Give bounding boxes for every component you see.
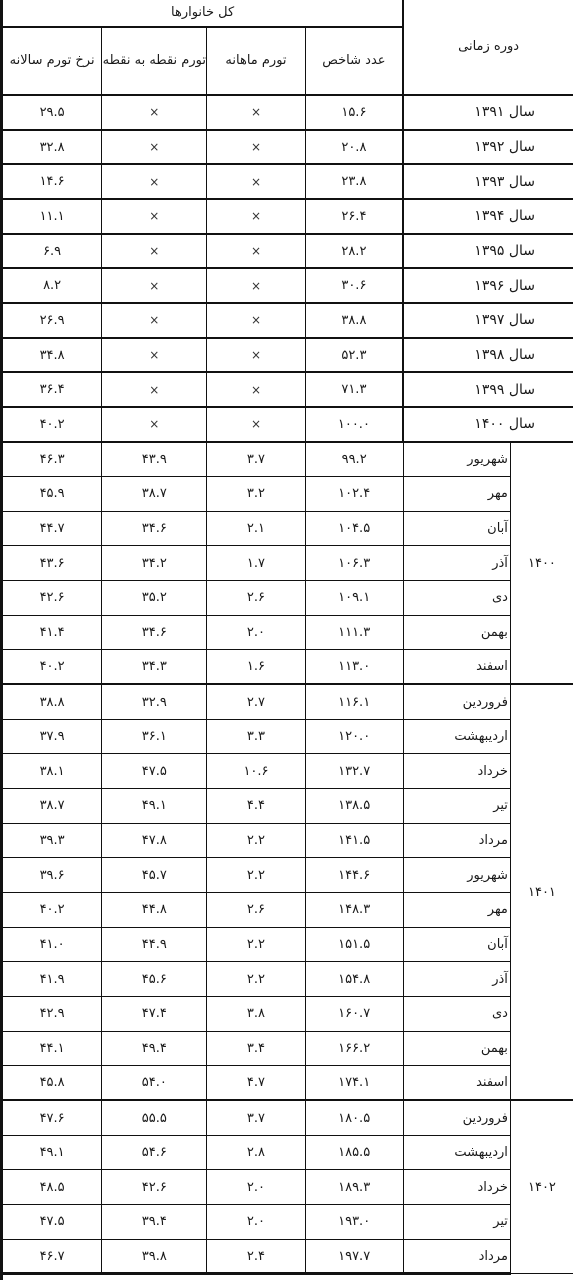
annual-cell: ۳۶.۴	[3, 372, 102, 407]
point-cell: ۴۳.۹	[102, 442, 207, 477]
month-cell: مرداد	[403, 1239, 510, 1274]
index-cell: ۱۰۶.۳	[305, 546, 403, 581]
annual-cell: ۲۶.۹	[3, 303, 102, 338]
point-cell: ۵۵.۵	[102, 1100, 207, 1135]
period-cell: سال ۱۳۹۹	[403, 372, 573, 407]
month-cell: خرداد	[403, 1170, 510, 1205]
table-row-year: سال ۱۴۰۰۱۰۰.۰××۴۰.۲	[3, 407, 573, 442]
period-cell: سال ۱۳۹۲	[403, 130, 573, 165]
period-cell: سال ۱۳۹۵	[403, 234, 573, 269]
annual-cell: ۴۱.۰	[3, 927, 102, 962]
monthly-cell: ۲.۱	[207, 511, 305, 546]
monthly-cell: ۲.۰	[207, 1170, 305, 1205]
month-cell: آبان	[403, 927, 510, 962]
index-cell: ۱۵۱.۵	[305, 927, 403, 962]
monthly-cell: ۲.۰	[207, 1205, 305, 1240]
monthly-cell: ×	[207, 303, 305, 338]
monthly-cell: ۲.۲	[207, 858, 305, 893]
period-cell: سال ۱۳۹۸	[403, 338, 573, 373]
annual-cell: ۳۸.۱	[3, 754, 102, 789]
header-index: عدد شاخص	[305, 27, 403, 95]
point-cell: ۳۴.۶	[102, 615, 207, 650]
table-row-month: اردیبهشت۱۲۰.۰۳.۳۳۶.۱۳۷.۹	[3, 719, 573, 754]
annual-cell: ۴۷.۶	[3, 1100, 102, 1135]
table-row-month: آبان۱۰۴.۵۲.۱۳۴.۶۴۴.۷	[3, 511, 573, 546]
index-cell: ۱۱۱.۳	[305, 615, 403, 650]
point-cell: ۴۷.۴	[102, 996, 207, 1031]
point-cell: ×	[102, 164, 207, 199]
annual-cell: ۴۹.۱	[3, 1135, 102, 1170]
index-cell: ۱۲۰.۰	[305, 719, 403, 754]
annual-cell: ۴۰.۲	[3, 407, 102, 442]
point-cell: ۴۹.۱	[102, 788, 207, 823]
annual-cell: ۴۵.۸	[3, 1066, 102, 1101]
table-row-year: سال ۱۳۹۲۲۰.۸××۳۲.۸	[3, 130, 573, 165]
point-cell: ×	[102, 130, 207, 165]
point-cell: ×	[102, 303, 207, 338]
monthly-cell: ۲.۷	[207, 684, 305, 719]
table-row-month: اردیبهشت۱۸۵.۵۲.۸۵۴.۶۴۹.۱	[3, 1135, 573, 1170]
index-cell: ۱۴۱.۵	[305, 823, 403, 858]
monthly-cell: ×	[207, 95, 305, 130]
period-cell: سال ۱۳۹۱	[403, 95, 573, 130]
point-cell: ۵۴.۶	[102, 1135, 207, 1170]
point-cell: ۴۵.۷	[102, 858, 207, 893]
annual-cell: ۳۲.۸	[3, 130, 102, 165]
table-row-month: خرداد۱۸۹.۳۲.۰۴۲.۶۴۸.۵	[3, 1170, 573, 1205]
index-cell: ۱۳۸.۵	[305, 788, 403, 823]
index-cell: ۱۱۶.۱	[305, 684, 403, 719]
index-cell: ۱۷۴.۱	[305, 1066, 403, 1101]
monthly-cell: ۳.۲	[207, 476, 305, 511]
monthly-cell: ۲.۴	[207, 1239, 305, 1274]
point-cell: ۴۹.۴	[102, 1031, 207, 1066]
annual-cell: ۴۴.۱	[3, 1031, 102, 1066]
index-cell: ۱۰۹.۱	[305, 580, 403, 615]
header-point: تورم نقطه به نقطه	[102, 27, 207, 95]
index-cell: ۱۵.۶	[305, 95, 403, 130]
month-cell: مهر	[403, 892, 510, 927]
monthly-cell: ×	[207, 164, 305, 199]
header-period: دوره زمانی	[403, 0, 573, 95]
year-group-cell: ۱۴۰۱	[510, 684, 573, 1100]
point-cell: ×	[102, 338, 207, 373]
annual-cell: ۴۲.۶	[3, 580, 102, 615]
point-cell: ۴۴.۸	[102, 892, 207, 927]
monthly-cell: ۳.۳	[207, 719, 305, 754]
index-cell: ۱۵۴.۸	[305, 962, 403, 997]
point-cell: ۳۴.۶	[102, 511, 207, 546]
annual-cell: ۳۸.۷	[3, 788, 102, 823]
point-cell: ۳۹.۸	[102, 1239, 207, 1274]
index-cell: ۳۸.۸	[305, 303, 403, 338]
inflation-table: دوره زمانی کل خانوارها عدد شاخص تورم ماه…	[2, 0, 573, 1275]
table-row-month: آبان۱۵۱.۵۲.۲۴۴.۹۴۱.۰	[3, 927, 573, 962]
month-cell: آذر	[403, 962, 510, 997]
point-cell: ۴۴.۹	[102, 927, 207, 962]
table-row-year: سال ۱۳۹۴۲۶.۴××۱۱.۱	[3, 199, 573, 234]
point-cell: ×	[102, 407, 207, 442]
table-row-month: آذر۱۰۶.۳۱.۷۳۴.۲۴۳.۶	[3, 546, 573, 581]
table-row-month: ۱۴۰۰شهریور۹۹.۲۳.۷۴۳.۹۴۶.۳	[3, 442, 573, 477]
inflation-table-page: دوره زمانی کل خانوارها عدد شاخص تورم ماه…	[0, 0, 573, 1280]
annual-cell: ۴۰.۲	[3, 892, 102, 927]
header-monthly: تورم ماهانه	[207, 27, 305, 95]
annual-cell: ۴۱.۴	[3, 615, 102, 650]
annual-cell: ۳۷.۹	[3, 719, 102, 754]
point-cell: ۳۴.۲	[102, 546, 207, 581]
point-cell: ۵۴.۰	[102, 1066, 207, 1101]
monthly-cell: ۱.۷	[207, 546, 305, 581]
point-cell: ×	[102, 199, 207, 234]
table-row-month: خرداد۱۳۲.۷۱۰.۶۴۷.۵۳۸.۱	[3, 754, 573, 789]
month-cell: تیر	[403, 1205, 510, 1240]
monthly-cell: ۲.۶	[207, 892, 305, 927]
month-cell: دی	[403, 580, 510, 615]
monthly-cell: ×	[207, 338, 305, 373]
month-cell: شهریور	[403, 858, 510, 893]
table-row-year: سال ۱۳۹۳۲۳.۸××۱۴.۶	[3, 164, 573, 199]
period-cell: سال ۱۴۰۰	[403, 407, 573, 442]
annual-cell: ۴۸.۵	[3, 1170, 102, 1205]
index-cell: ۲۸.۲	[305, 234, 403, 269]
year-group-cell: ۱۴۰۲	[510, 1100, 573, 1273]
annual-cell: ۶.۹	[3, 234, 102, 269]
month-cell: دی	[403, 996, 510, 1031]
annual-cell: ۳۴.۸	[3, 338, 102, 373]
header-annual: نرخ تورم سالانه	[3, 27, 102, 95]
table-row-year: سال ۱۳۹۷۳۸.۸××۲۶.۹	[3, 303, 573, 338]
index-cell: ۷۱.۳	[305, 372, 403, 407]
index-cell: ۱۸۵.۵	[305, 1135, 403, 1170]
table-row-year: سال ۱۳۹۸۵۲.۳××۳۴.۸	[3, 338, 573, 373]
period-cell: سال ۱۳۹۷	[403, 303, 573, 338]
month-cell: آذر	[403, 546, 510, 581]
table-row-month: ۱۴۰۲فروردین۱۸۰.۵۳.۷۵۵.۵۴۷.۶	[3, 1100, 573, 1135]
point-cell: ۳۹.۴	[102, 1205, 207, 1240]
index-cell: ۱۰۴.۵	[305, 511, 403, 546]
annual-cell: ۳۹.۶	[3, 858, 102, 893]
monthly-cell: ۳.۸	[207, 996, 305, 1031]
table-row-month: بهمن۱۶۶.۲۳.۴۴۹.۴۴۴.۱	[3, 1031, 573, 1066]
index-cell: ۲۶.۴	[305, 199, 403, 234]
table-row-month: تیر۱۳۸.۵۴.۴۴۹.۱۳۸.۷	[3, 788, 573, 823]
table-row-year: سال ۱۳۹۹۷۱.۳××۳۶.۴	[3, 372, 573, 407]
point-cell: ×	[102, 372, 207, 407]
annual-cell: ۱۴.۶	[3, 164, 102, 199]
monthly-cell: ۳.۴	[207, 1031, 305, 1066]
annual-cell: ۴۰.۲	[3, 650, 102, 685]
point-cell: ×	[102, 234, 207, 269]
monthly-cell: ۱.۶	[207, 650, 305, 685]
table-row-month: آذر۱۵۴.۸۲.۲۴۵.۶۴۱.۹	[3, 962, 573, 997]
index-cell: ۱۰۲.۴	[305, 476, 403, 511]
table-row-year: سال ۱۳۹۶۳۰.۶××۸.۲	[3, 268, 573, 303]
index-cell: ۱۹۷.۷	[305, 1239, 403, 1274]
index-cell: ۱۶۶.۲	[305, 1031, 403, 1066]
month-cell: اسفند	[403, 650, 510, 685]
annual-cell: ۴۴.۷	[3, 511, 102, 546]
monthly-cell: ۳.۷	[207, 442, 305, 477]
month-cell: اردیبهشت	[403, 719, 510, 754]
month-cell: اسفند	[403, 1066, 510, 1101]
year-group-cell: ۱۴۰۰	[510, 442, 573, 685]
annual-cell: ۴۲.۹	[3, 996, 102, 1031]
index-cell: ۳۰.۶	[305, 268, 403, 303]
table-row-month: دی۱۰۹.۱۲.۶۳۵.۲۴۲.۶	[3, 580, 573, 615]
index-cell: ۱۸۹.۳	[305, 1170, 403, 1205]
header-row-group: دوره زمانی کل خانوارها	[3, 0, 573, 27]
table-row-month: شهریور۱۴۴.۶۲.۲۴۵.۷۳۹.۶	[3, 858, 573, 893]
period-cell: سال ۱۳۹۴	[403, 199, 573, 234]
monthly-cell: ۲.۸	[207, 1135, 305, 1170]
monthly-cell: ×	[207, 199, 305, 234]
month-cell: اردیبهشت	[403, 1135, 510, 1170]
period-cell: سال ۱۳۹۳	[403, 164, 573, 199]
annual-cell: ۱۱.۱	[3, 199, 102, 234]
point-cell: ۳۲.۹	[102, 684, 207, 719]
point-cell: ۳۴.۳	[102, 650, 207, 685]
index-cell: ۱۰۰.۰	[305, 407, 403, 442]
monthly-cell: ۱۰.۶	[207, 754, 305, 789]
table-row-month: دی۱۶۰.۷۳.۸۴۷.۴۴۲.۹	[3, 996, 573, 1031]
index-cell: ۵۲.۳	[305, 338, 403, 373]
index-cell: ۱۶۰.۷	[305, 996, 403, 1031]
index-cell: ۹۹.۲	[305, 442, 403, 477]
annual-cell: ۳۹.۳	[3, 823, 102, 858]
table-body: سال ۱۳۹۱۱۵.۶××۲۹.۵سال ۱۳۹۲۲۰.۸××۳۲.۸سال …	[3, 95, 573, 1274]
point-cell: ۴۵.۶	[102, 962, 207, 997]
month-cell: مرداد	[403, 823, 510, 858]
month-cell: مهر	[403, 476, 510, 511]
monthly-cell: ۲.۲	[207, 927, 305, 962]
table-row-month: بهمن۱۱۱.۳۲.۰۳۴.۶۴۱.۴	[3, 615, 573, 650]
annual-cell: ۲۹.۵	[3, 95, 102, 130]
index-cell: ۱۱۳.۰	[305, 650, 403, 685]
monthly-cell: ۲.۰	[207, 615, 305, 650]
table-row-month: ۱۴۰۱فروردین۱۱۶.۱۲.۷۳۲.۹۳۸.۸	[3, 684, 573, 719]
month-cell: شهریور	[403, 442, 510, 477]
month-cell: آبان	[403, 511, 510, 546]
point-cell: ۴۲.۶	[102, 1170, 207, 1205]
monthly-cell: ×	[207, 130, 305, 165]
month-cell: خرداد	[403, 754, 510, 789]
index-cell: ۱۸۰.۵	[305, 1100, 403, 1135]
month-cell: فروردین	[403, 1100, 510, 1135]
month-cell: تیر	[403, 788, 510, 823]
table-row-month: مرداد۱۴۱.۵۲.۲۴۷.۸۳۹.۳	[3, 823, 573, 858]
monthly-cell: ۲.۲	[207, 962, 305, 997]
point-cell: ۴۷.۵	[102, 754, 207, 789]
index-cell: ۱۹۳.۰	[305, 1205, 403, 1240]
point-cell: ۳۵.۲	[102, 580, 207, 615]
annual-cell: ۴۶.۳	[3, 442, 102, 477]
table-row-month: اسفند۱۷۴.۱۴.۷۵۴.۰۴۵.۸	[3, 1066, 573, 1101]
monthly-cell: ×	[207, 268, 305, 303]
annual-cell: ۴۶.۷	[3, 1239, 102, 1274]
point-cell: ۳۸.۷	[102, 476, 207, 511]
annual-cell: ۴۷.۵	[3, 1205, 102, 1240]
period-cell: سال ۱۳۹۶	[403, 268, 573, 303]
index-cell: ۲۰.۸	[305, 130, 403, 165]
annual-cell: ۴۳.۶	[3, 546, 102, 581]
monthly-cell: ۲.۶	[207, 580, 305, 615]
point-cell: ×	[102, 95, 207, 130]
table-row-year: سال ۱۳۹۵۲۸.۲××۶.۹	[3, 234, 573, 269]
index-cell: ۱۴۴.۶	[305, 858, 403, 893]
table-row-month: مهر۱۰۲.۴۳.۲۳۸.۷۴۵.۹	[3, 476, 573, 511]
month-cell: بهمن	[403, 615, 510, 650]
index-cell: ۱۳۲.۷	[305, 754, 403, 789]
point-cell: ×	[102, 268, 207, 303]
table-row-month: تیر۱۹۳.۰۲.۰۳۹.۴۴۷.۵	[3, 1205, 573, 1240]
table-row-month: مرداد۱۹۷.۷۲.۴۳۹.۸۴۶.۷	[3, 1239, 573, 1274]
annual-cell: ۳۸.۸	[3, 684, 102, 719]
header-all-households: کل خانوارها	[3, 0, 404, 27]
monthly-cell: ×	[207, 407, 305, 442]
table-row-month: مهر۱۴۸.۳۲.۶۴۴.۸۴۰.۲	[3, 892, 573, 927]
annual-cell: ۸.۲	[3, 268, 102, 303]
monthly-cell: ۲.۲	[207, 823, 305, 858]
table-row-year: سال ۱۳۹۱۱۵.۶××۲۹.۵	[3, 95, 573, 130]
monthly-cell: ×	[207, 372, 305, 407]
table-row-month: اسفند۱۱۳.۰۱.۶۳۴.۳۴۰.۲	[3, 650, 573, 685]
month-cell: فروردین	[403, 684, 510, 719]
annual-cell: ۴۵.۹	[3, 476, 102, 511]
monthly-cell: ۴.۴	[207, 788, 305, 823]
index-cell: ۲۳.۸	[305, 164, 403, 199]
point-cell: ۴۷.۸	[102, 823, 207, 858]
annual-cell: ۴۱.۹	[3, 962, 102, 997]
index-cell: ۱۴۸.۳	[305, 892, 403, 927]
point-cell: ۳۶.۱	[102, 719, 207, 754]
monthly-cell: ×	[207, 234, 305, 269]
monthly-cell: ۴.۷	[207, 1066, 305, 1101]
monthly-cell: ۳.۷	[207, 1100, 305, 1135]
month-cell: بهمن	[403, 1031, 510, 1066]
